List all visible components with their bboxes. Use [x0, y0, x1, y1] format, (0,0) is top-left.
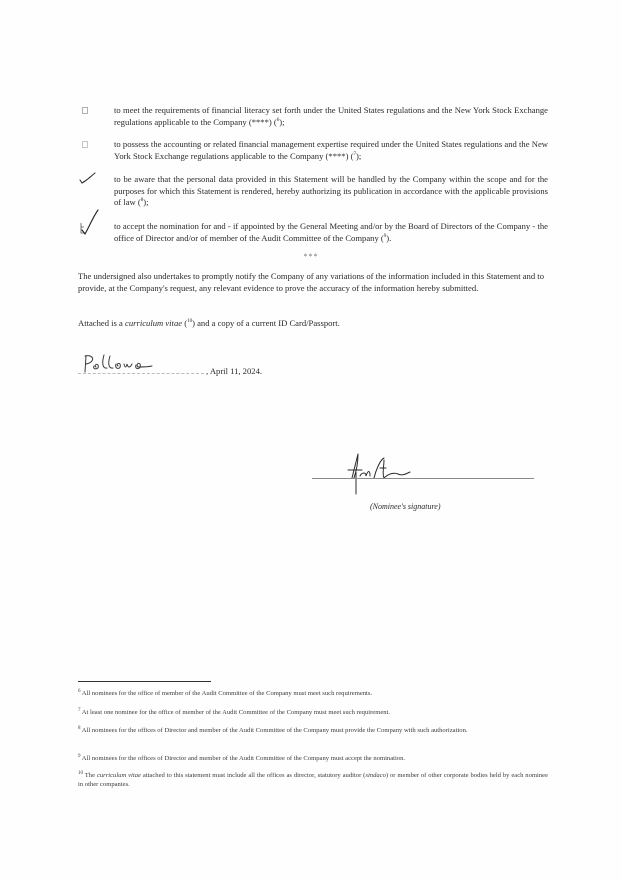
checkbox-accept-nomination[interactable] — [78, 221, 108, 241]
signature-line — [312, 478, 534, 479]
footnote-number: 10 — [78, 771, 83, 776]
footnote-ref: 10 — [187, 319, 192, 324]
handwritten-check-icon — [76, 207, 106, 237]
footnote-10: 10 The curriculum vitae attached to this… — [78, 771, 548, 789]
footnote-6: 6 All nominees for the office of member … — [78, 689, 548, 698]
checkbox-financial-expertise[interactable] — [78, 139, 108, 159]
statement-text: to be aware that the personal data provi… — [114, 174, 548, 207]
footnote-ref: 6 — [277, 118, 280, 123]
footnote-number: 7 — [78, 708, 81, 713]
section-separator: *** — [0, 252, 622, 261]
undertaking-paragraph: The undersigned also undertakes to promp… — [78, 271, 544, 294]
footnote-ref: 9 — [384, 234, 387, 239]
footnote-separator — [78, 681, 211, 682]
footnote-ref: 7 — [353, 152, 356, 157]
checkbox-personal-data[interactable] — [78, 174, 108, 194]
empty-checkbox-icon — [82, 141, 88, 148]
footnote-text: attached to this statement must include … — [141, 772, 365, 779]
footnote-9: 9 All nominees for the offices of Direct… — [78, 754, 548, 763]
statement-text: to possess the accounting or related fin… — [114, 139, 548, 161]
footnote-number: 8 — [78, 726, 81, 731]
document-page: to meet the requirements of financial li… — [0, 0, 622, 880]
statement-text: to accept the nomination for and - if ap… — [114, 221, 548, 243]
attachment-prefix: Attached is a — [78, 318, 125, 328]
signature-caption: (Nominee's signature) — [370, 502, 441, 511]
footnote-number: 6 — [78, 689, 81, 694]
attachment-suffix: and a copy of a current ID Card/Passport… — [195, 318, 340, 328]
empty-checkbox-icon — [82, 107, 88, 114]
attachment-cv-term: curriculum vitae — [125, 318, 182, 328]
statement-date: , April 11, 2024. — [206, 366, 262, 376]
footnote-italic: sindaco — [365, 772, 386, 779]
footnote-text: At least one nominee for the office of m… — [82, 709, 390, 716]
attachment-paragraph: Attached is a curriculum vitae (10) and … — [78, 318, 544, 330]
nominee-signature-handwritten — [340, 450, 435, 496]
footnote-8: 8 All nominees for the offices of Direct… — [78, 726, 548, 735]
footnote-7: 7 At least one nominee for the office of… — [78, 708, 548, 717]
footnote-text: All nominees for the offices of Director… — [82, 755, 405, 762]
statement-text: to meet the requirements of financial li… — [114, 105, 548, 127]
footnote-italic: curriculum vitae — [97, 772, 141, 779]
footnote-text: The — [85, 772, 97, 779]
footnote-text: All nominees for the offices of Director… — [82, 727, 468, 734]
footnote-ref: 8 — [141, 198, 144, 203]
place-line — [78, 373, 204, 374]
footnote-number: 9 — [78, 754, 81, 759]
footnote-text: All nominees for the office of member of… — [82, 690, 372, 697]
handwritten-check-icon — [76, 168, 106, 188]
checkbox-financial-literacy[interactable] — [78, 105, 108, 125]
